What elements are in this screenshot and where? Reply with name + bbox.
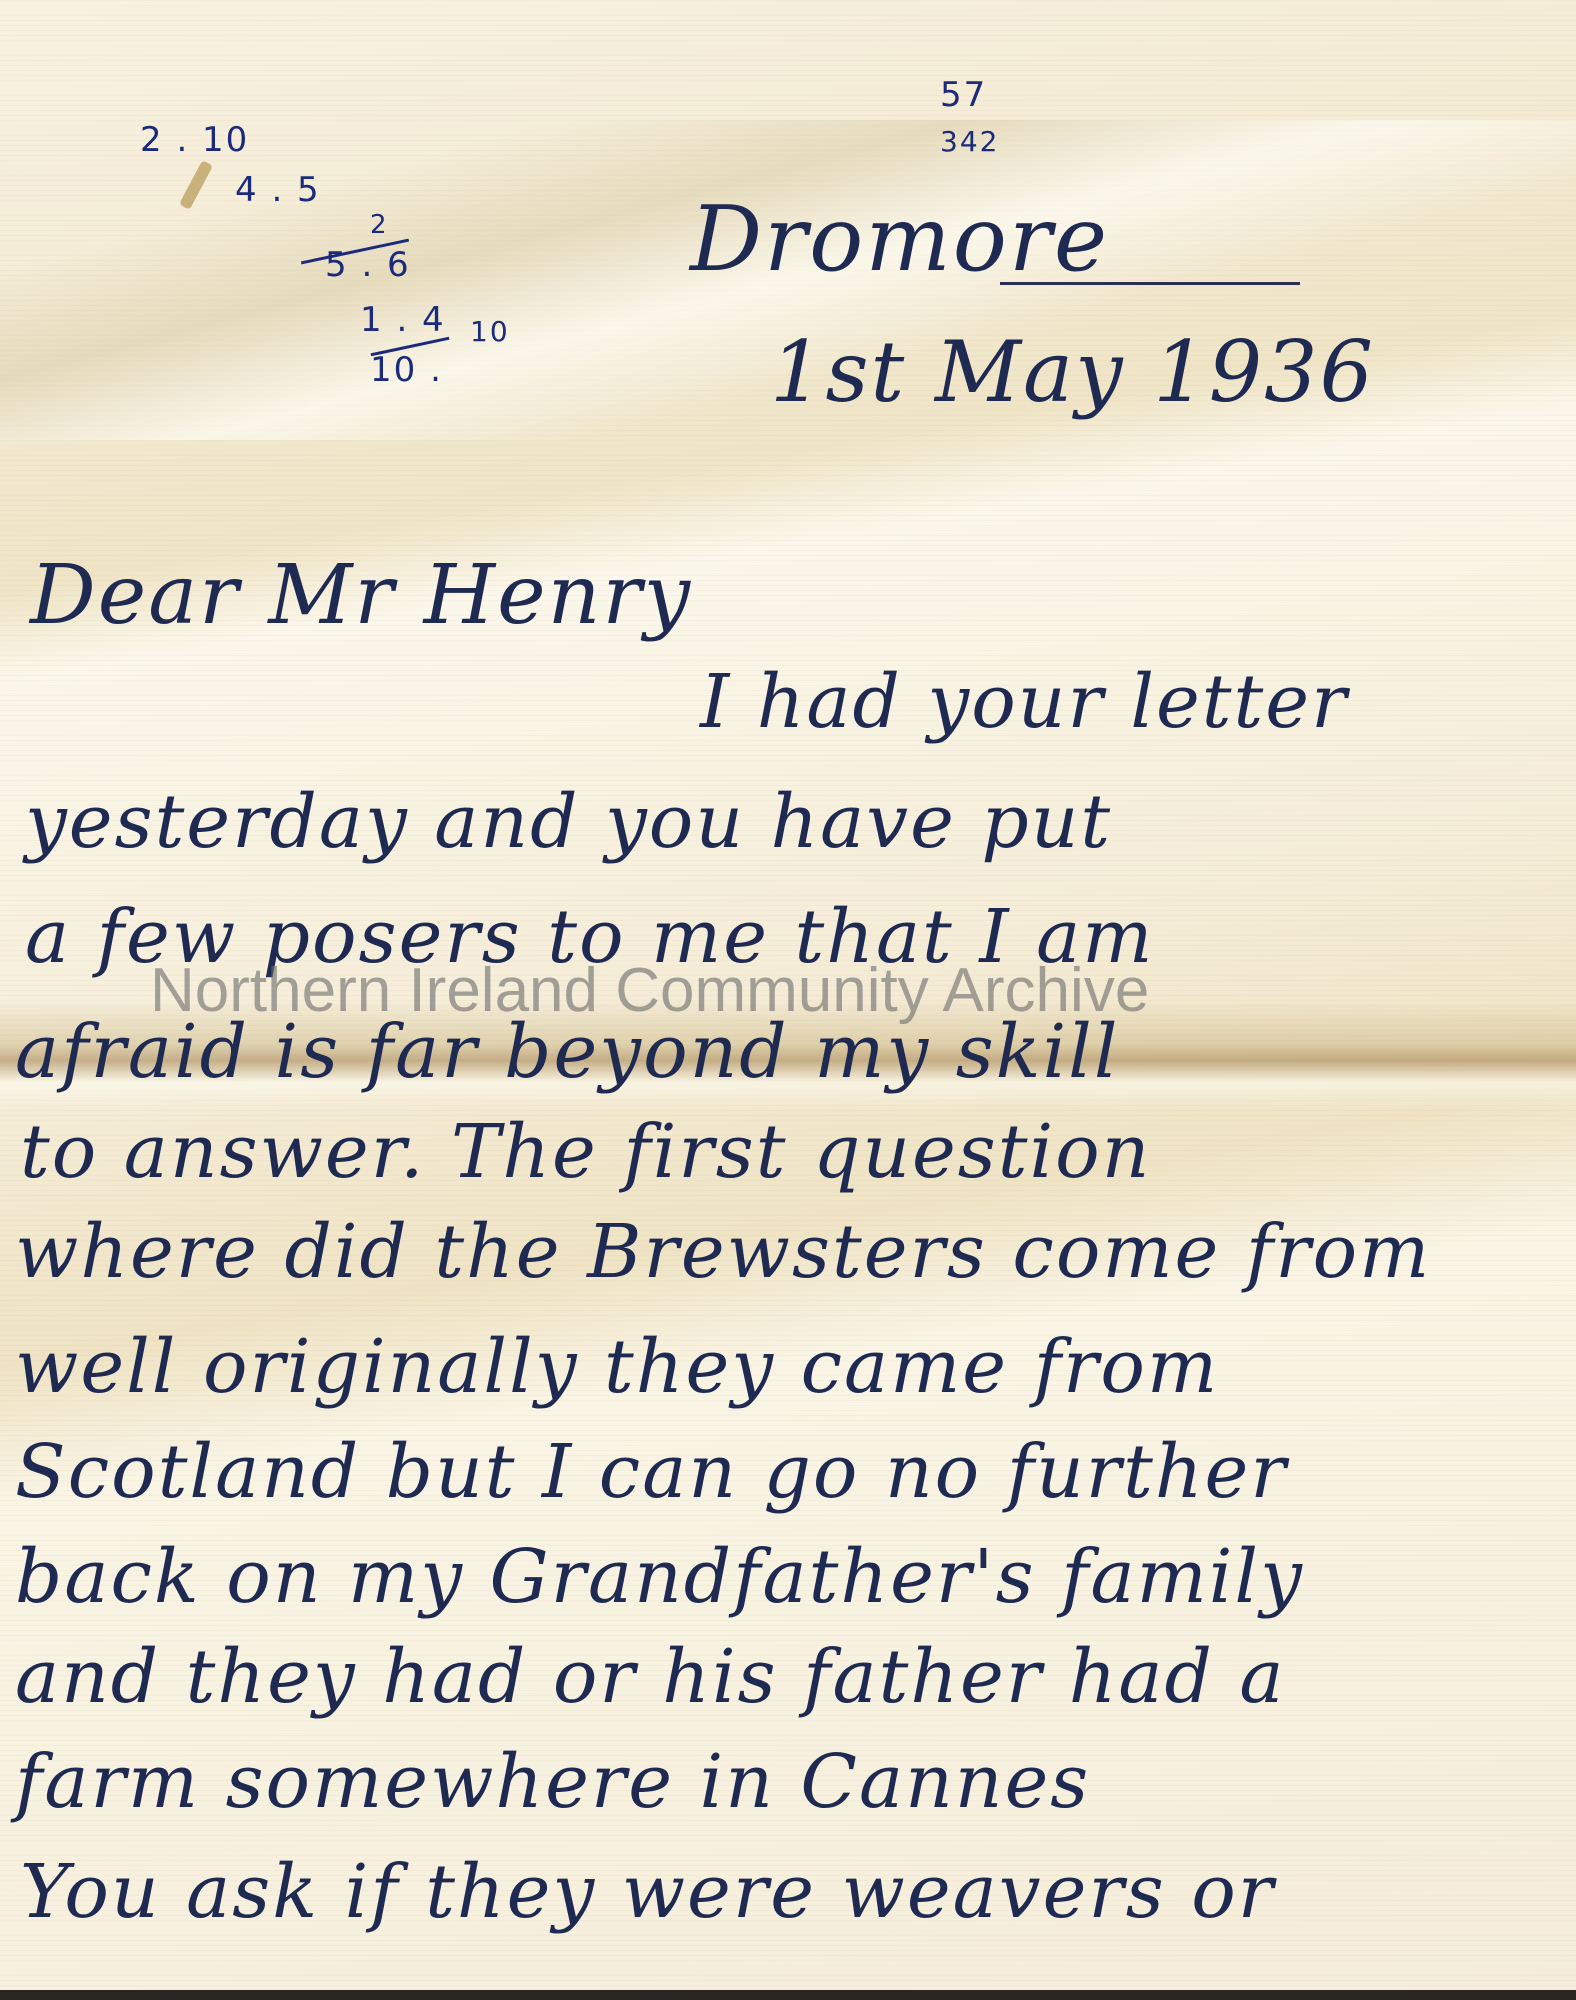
place-underline — [1000, 282, 1300, 285]
calc-4-5: 4 . 5 — [235, 170, 321, 210]
body-line-9: back on my Grandfather's family — [15, 1540, 1304, 1614]
calc-1-4: 1 . 4 — [360, 300, 446, 340]
calc-2-10: 2 . 10 — [140, 120, 249, 160]
body-line-2: yesterday and you have put — [25, 785, 1112, 859]
body-line-6: where did the Brewsters come from — [15, 1215, 1431, 1289]
letter-date: 1st May 1936 — [770, 330, 1375, 414]
archive-watermark: Northern Ireland Community Archive — [150, 955, 1149, 1026]
calc-10: 10 . — [370, 350, 443, 390]
body-line-10: and they had or his father had a — [15, 1640, 1286, 1714]
calc-2: 2 — [370, 210, 389, 240]
letter-place: Dromore — [690, 195, 1109, 285]
body-line-12: You ask if they were weavers or — [20, 1855, 1275, 1929]
body-line-8: Scotland but I can go no further — [15, 1435, 1288, 1509]
body-line-5: to answer. The first question — [20, 1115, 1151, 1189]
calc-5-6: 5 . 6 — [325, 245, 411, 285]
scan-edge — [0, 1990, 1576, 2000]
calc-10-small: 10 — [470, 315, 510, 348]
body-line-4: afraid is far beyond my skill — [15, 1015, 1120, 1089]
calc-342: 342 — [940, 125, 999, 158]
calc-57: 57 — [940, 75, 987, 115]
body-line-11: farm somewhere in Cannes — [15, 1745, 1090, 1819]
body-line-7: well originally they came from — [15, 1330, 1219, 1404]
letter-salutation: Dear Mr Henry — [30, 555, 692, 637]
body-line-1: I had your letter — [700, 665, 1348, 739]
